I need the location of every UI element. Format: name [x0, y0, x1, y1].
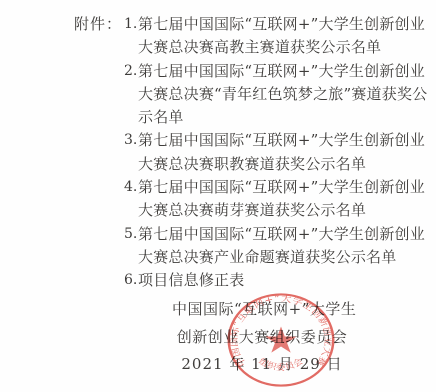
item-line: 大赛总决赛产业命题赛道获奖公示名单 [138, 246, 425, 269]
attachment-item-1: 1. 第七届中国国际“互联网+”大学生创新创业 大赛总决赛高教主赛道获奖公示名单 [124, 13, 427, 60]
attachment-item-6: 6. 项目信息修正表 [124, 269, 427, 292]
item-line: 大赛总决赛职教赛道获奖公示名单 [138, 153, 425, 176]
item-number: 3. [124, 129, 138, 152]
attachment-item-5: 5. 第七届中国国际“互联网+”大学生创新创业 大赛总决赛产业命题赛道获奖公示名… [124, 223, 427, 270]
item-line: 第七届中国国际“互联网+”大学生创新创业 [138, 176, 425, 199]
item-line: 大赛总决赛萌芽赛道获奖公示名单 [138, 199, 425, 222]
item-number: 6. [124, 269, 138, 292]
item-line: 第七届中国国际“互联网+”大学生创新创业 [138, 13, 425, 36]
signature-org-line-2: 创新创业大赛组织委员会 [172, 324, 352, 352]
item-line: 第七届中国国际“互联网+”大学生创新创业 [138, 129, 425, 152]
document-page: 附件： 1. 第七届中国国际“互联网+”大学生创新创业 大赛总决赛高教主赛道获奖… [0, 0, 436, 392]
item-line: 大赛总决赛“青年红色筑梦之旅”赛道获奖公 [138, 83, 427, 106]
signature-org-line-1: 中国国际“互联网+”大学生 [172, 296, 352, 324]
item-number: 4. [124, 176, 138, 199]
attachment-item-4: 4. 第七届中国国际“互联网+”大学生创新创业 大赛总决赛萌芽赛道获奖公示名单 [124, 176, 427, 223]
signature-date: 2021 年 11 月 29 日 [172, 351, 352, 379]
attachment-label: 附件： [74, 13, 122, 36]
item-line: 项目信息修正表 [138, 269, 244, 292]
item-line: 大赛总决赛高教主赛道获奖公示名单 [138, 36, 425, 59]
attachment-items: 1. 第七届中国国际“互联网+”大学生创新创业 大赛总决赛高教主赛道获奖公示名单… [124, 13, 427, 293]
item-number: 2. [124, 60, 138, 83]
attachment-list: 附件： 1. 第七届中国国际“互联网+”大学生创新创业 大赛总决赛高教主赛道获奖… [74, 13, 427, 293]
attachment-item-2: 2. 第七届中国国际“互联网+”大学生创新创业 大赛总决赛“青年红色筑梦之旅”赛… [124, 60, 427, 130]
signature-block: 中国国际“互联网+”大学生 创新创业大赛组织委员会 2021 年 11 月 29… [172, 296, 352, 379]
item-line: 示名单 [138, 106, 427, 129]
item-number: 1. [124, 13, 138, 36]
item-line: 第七届中国国际“互联网+”大学生创新创业 [138, 223, 425, 246]
item-line: 第七届中国国际“互联网+”大学生创新创业 [138, 60, 427, 83]
item-number: 5. [124, 223, 138, 246]
attachment-item-3: 3. 第七届中国国际“互联网+”大学生创新创业 大赛总决赛职教赛道获奖公示名单 [124, 129, 427, 176]
